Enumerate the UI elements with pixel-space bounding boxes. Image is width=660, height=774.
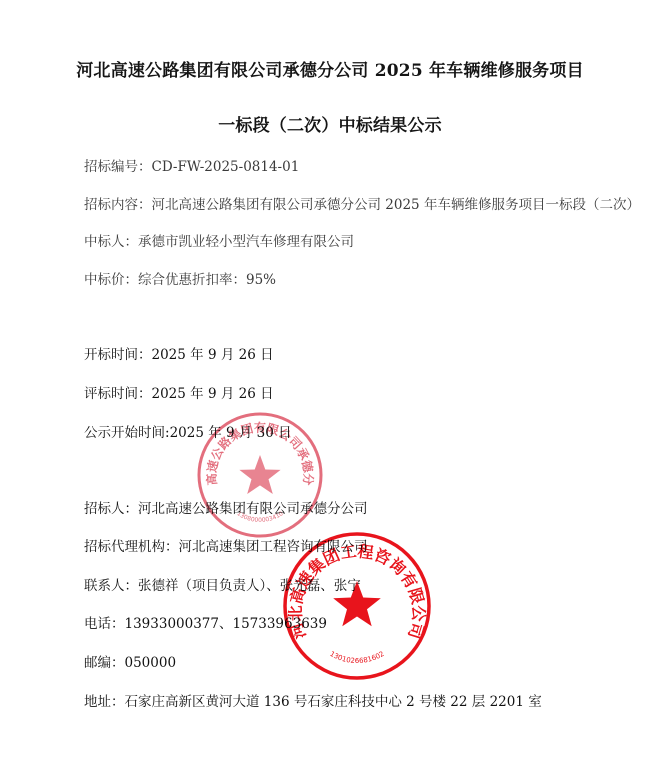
field-label: 地址： bbox=[84, 694, 125, 710]
field-value: 2025 年 9 月 26 日 bbox=[152, 386, 274, 402]
field-value: 承德市凯业轻小型汽车修理有限公司 bbox=[138, 234, 354, 250]
field-label: 评标时间： bbox=[84, 386, 152, 402]
field-tenderer: 招标人：河北高速公路集团有限公司承德分公司 bbox=[84, 500, 368, 518]
field-bid-content: 招标内容：河北高速公路集团有限公司承德分公司 2025 年车辆维修服务项目一标段… bbox=[84, 196, 640, 214]
field-value: 综合优惠折扣率：95% bbox=[138, 272, 276, 288]
field-bid-number: 招标编号：CD-FW-2025-0814-01 bbox=[84, 158, 299, 176]
field-value: 2025 年 9 月 30 日 bbox=[170, 425, 292, 441]
svg-text:1301026681602: 1301026681602 bbox=[328, 650, 385, 665]
field-label: 中标人： bbox=[84, 234, 138, 250]
field-value: 13933000377、15733963639 bbox=[125, 616, 327, 632]
field-value: 050000 bbox=[125, 655, 177, 671]
field-winning-bidder: 中标人：承德市凯业轻小型汽车修理有限公司 bbox=[84, 233, 354, 251]
field-bid-opening-date: 开标时间：2025 年 9 月 26 日 bbox=[84, 346, 274, 364]
field-label: 公示开始时间: bbox=[84, 425, 170, 441]
document-title-line-1: 河北高速公路集团有限公司承德分公司 2025 年车辆维修服务项目 bbox=[0, 56, 660, 81]
field-label: 中标价： bbox=[84, 272, 138, 288]
field-label: 招标人： bbox=[84, 501, 138, 517]
field-address: 地址：石家庄高新区黄河大道 136 号石家庄科技中心 2 号楼 22 层 220… bbox=[84, 693, 542, 711]
document-title-line-2: 一标段（二次）中标结果公示 bbox=[0, 111, 660, 136]
field-phone: 电话：13933000377、15733963639 bbox=[84, 615, 327, 633]
field-label: 招标内容： bbox=[84, 197, 152, 213]
field-label: 联系人： bbox=[84, 578, 138, 594]
field-label: 电话： bbox=[84, 616, 125, 632]
svg-text:河北高速公路集团有限公司承德分公司: 河北高速公路集团有限公司承德分公司 bbox=[196, 411, 316, 486]
field-agency: 招标代理机构：河北高速集团工程咨询有限公司 bbox=[84, 538, 368, 556]
field-value: 河北高速集团工程咨询有限公司 bbox=[179, 539, 368, 555]
announcement-page: 河北高速公路集团有限公司承德分公司 2025 年车辆维修服务项目 一标段（二次）… bbox=[0, 0, 660, 774]
field-value: 石家庄高新区黄河大道 136 号石家庄科技中心 2 号楼 22 层 2201 室 bbox=[125, 694, 542, 710]
field-value: 河北高速公路集团有限公司承德分公司 bbox=[138, 501, 368, 517]
field-value: 张德祥（项目负责人）、张光磊、张宁 bbox=[138, 578, 361, 594]
field-postcode: 邮编：050000 bbox=[84, 654, 176, 672]
field-value: CD-FW-2025-0814-01 bbox=[152, 159, 300, 175]
field-label: 开标时间： bbox=[84, 347, 152, 363]
field-evaluation-date: 评标时间：2025 年 9 月 26 日 bbox=[84, 385, 274, 403]
field-label: 招标编号： bbox=[84, 159, 152, 175]
field-value: 2025 年 9 月 26 日 bbox=[152, 347, 274, 363]
field-label: 招标代理机构： bbox=[84, 539, 179, 555]
field-value: 河北高速公路集团有限公司承德分公司 2025 年车辆维修服务项目一标段（二次） bbox=[152, 197, 640, 213]
field-contact-person: 联系人：张德祥（项目负责人）、张光磊、张宁 bbox=[84, 577, 361, 595]
field-winning-price: 中标价：综合优惠折扣率：95% bbox=[84, 271, 276, 289]
star-icon bbox=[239, 455, 280, 494]
field-publicity-start-date: 公示开始时间:2025 年 9 月 30 日 bbox=[84, 424, 292, 442]
field-label: 邮编： bbox=[84, 655, 125, 671]
